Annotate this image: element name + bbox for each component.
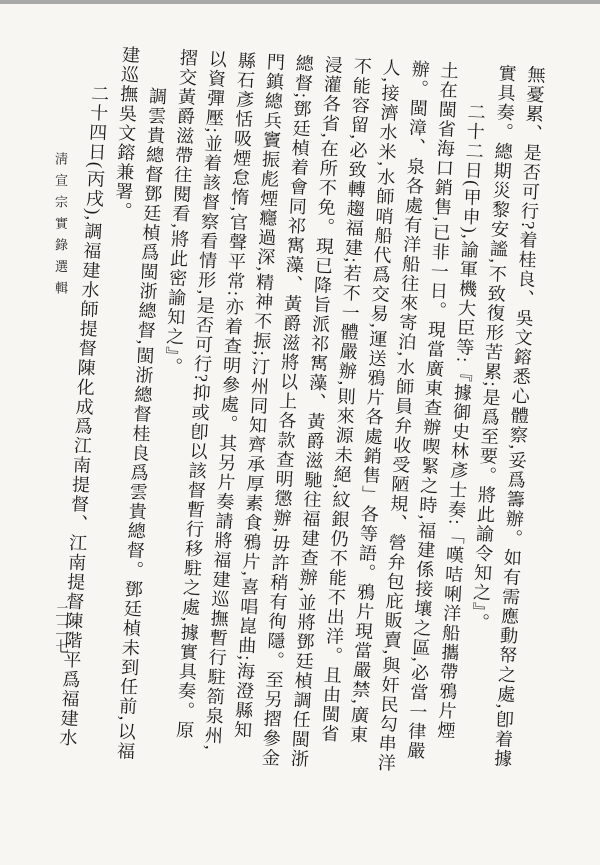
book-title-gutter: 淸宣宗實錄選輯: [51, 152, 70, 303]
page-number: 二二七: [51, 604, 72, 657]
text-block: 無憂累、是否可行?着桂良、吳文鎔悉心體察,妥爲籌辦。如有需應動帑之處,卽着據 實…: [50, 43, 550, 807]
scan-edge-artifact: [0, 0, 600, 4]
scanned-book-page: 無憂累、是否可行?着桂良、吳文鎔悉心體察,妥爲籌辦。如有需應動帑之處,卽着據 實…: [0, 0, 600, 865]
